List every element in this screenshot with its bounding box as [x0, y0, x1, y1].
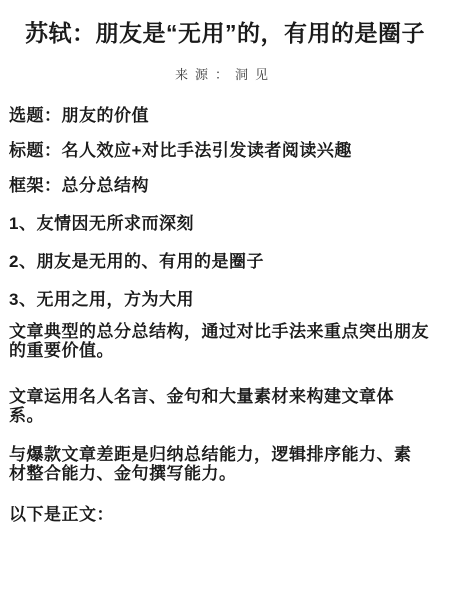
body-intro: 以下是正文：	[9, 506, 441, 524]
outline-topic: 选题：朋友的价值	[9, 107, 441, 125]
page-title: 苏轼：朋友是“无用”的，有用的是圈子	[17, 19, 433, 48]
analysis-paragraph: 文章典型的总分总结构，通过对比手法来重点突出朋友 的重要价值。	[9, 322, 441, 360]
outline-point-3: 3、无用之用，方为大用	[9, 291, 441, 309]
article-analysis-page: 苏轼：朋友是“无用”的，有用的是圈子 来源：洞见 选题：朋友的价值 标题：名人效…	[0, 0, 450, 600]
outline-point-1: 1、友情因无所求而深刻	[9, 215, 441, 233]
outline-point-2: 2、朋友是无用的、有用的是圈子	[9, 253, 441, 271]
outline-framework: 框架：总分总结构	[9, 177, 441, 195]
outline-headline: 标题：名人效应+对比手法引发读者阅读兴趣	[9, 142, 441, 160]
source-line: 来源：洞见	[9, 64, 441, 83]
analysis-paragraph: 文章运用名人名言、金句和大量素材来构建文章体 系。	[9, 387, 441, 425]
analysis-paragraph: 与爆款文章差距是归纳总结能力，逻辑排序能力、素 材整合能力、金句撰写能力。	[9, 445, 441, 483]
